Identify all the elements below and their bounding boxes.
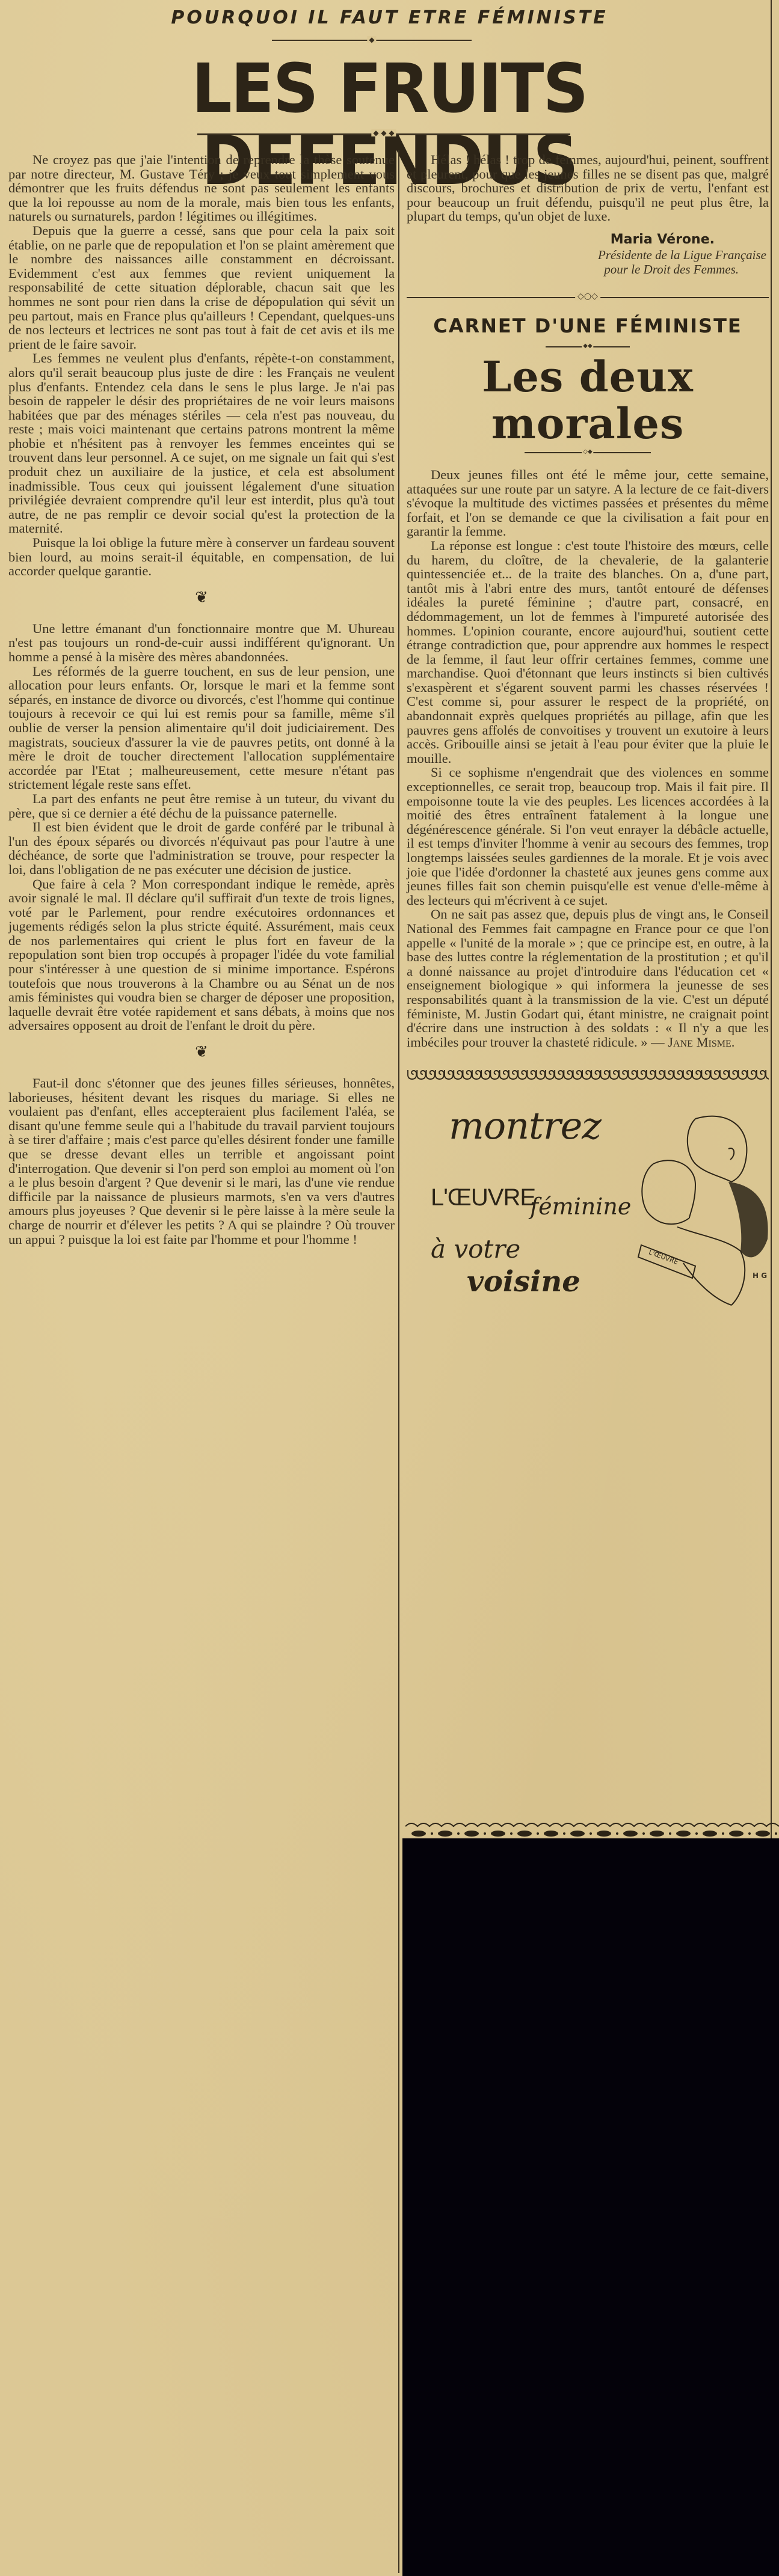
leaf-separator-icon: ❦: [8, 1039, 395, 1065]
column-divider: [398, 150, 399, 2573]
section-rule: ◇○◇: [407, 297, 769, 298]
ornament-icon: ◆ ◆ ◆: [371, 129, 396, 136]
paragraph: Les réformés de la guerre touchent, en s…: [8, 664, 395, 792]
paragraph: Puisque la loi oblige la future mère à c…: [8, 536, 395, 578]
paragraph: Depuis que la guerre a cessé, sans que p…: [8, 224, 395, 351]
signature-role: Présidente de la Ligue Française: [407, 248, 769, 262]
redacted-area: [402, 1838, 779, 2576]
paragraph: Si ce sophisme n'engendrait que des viol…: [407, 765, 769, 907]
title-rule: ◆ ◆ ◆: [197, 133, 570, 135]
paragraph: Hélas ! hélas ! trop de femmes, aujourd'…: [407, 153, 769, 224]
ornament-icon: ◇○◇: [575, 292, 600, 301]
lace-border: [405, 1819, 779, 1838]
signature-name: Maria Vérone.: [407, 232, 769, 248]
left-column: Ne croyez pas que j'aie l'intention de r…: [8, 153, 395, 1246]
ornament-icon: ◆◆: [582, 343, 593, 350]
ad-text: voisine: [467, 1275, 580, 1290]
kicker-rule: ◆: [272, 40, 472, 41]
paragraph: On ne sait pas assez que, depuis plus de…: [407, 907, 769, 1049]
right-column: Hélas ! hélas ! trop de femmes, aujourd'…: [407, 153, 769, 1311]
ad-text: montrez: [449, 1119, 601, 1133]
paragraph: Il est bien évident que le droit de gard…: [8, 820, 395, 877]
paragraph: La part des enfants ne peut être remise …: [8, 792, 395, 820]
signature-role: pour le Droit des Femmes.: [407, 262, 769, 277]
leaf-separator-icon: ❦: [8, 584, 395, 611]
right-border: [771, 0, 772, 1838]
artist-initials: H G: [753, 1269, 767, 1283]
ad-text: à votre: [431, 1242, 520, 1256]
paragraph: Que faire à cela ? Mon correspondant ind…: [8, 877, 395, 1033]
paragraph: Une lettre émanant d'un fonctionnaire mo…: [8, 622, 395, 664]
short-rule: ◆◆: [546, 346, 630, 347]
article-title: Les deux morales: [407, 353, 769, 447]
advertisement: montrez L'ŒUVRE féminine à votre voisine…: [407, 1083, 769, 1311]
ad-newspaper-label: L'ŒUVRE: [648, 1249, 680, 1267]
paragraph: Faut-il donc s'étonner que des jeunes fi…: [8, 1076, 395, 1246]
paragraph: Les femmes ne veulent plus d'enfants, ré…: [8, 351, 395, 536]
ornament-icon: ◆: [367, 36, 376, 43]
paragraph: La réponse est longue : c'est toute l'hi…: [407, 539, 769, 766]
short-rule: ◇◆: [525, 452, 651, 453]
paragraph: Ne croyez pas que j'aie l'intention de r…: [8, 153, 395, 224]
ad-brand: L'ŒUVRE: [431, 1191, 535, 1205]
chain-border: ᘎᘎᘎᘎᘎᘎᘎᘎᘎᘎᘎᘎᘎᘎᘎᘎᘎᘎᘎᘎᘎᘎᘎᘎᘎᘎᘎᘎᘎᘎᘎᘎᘎᘎᘎᘎᘎᘎᘎᘎ: [407, 1069, 769, 1083]
ornament-icon: ◇◆: [582, 448, 593, 456]
section-label: CARNET D'UNE FÉMINISTE: [407, 314, 769, 338]
newspaper-page: POURQUOI IL FAUT ETRE FÉMINISTE ◆ LES FR…: [0, 0, 779, 2576]
couple-reading-illustration: L'ŒUVRE: [605, 1107, 774, 1311]
paragraph: Deux jeunes filles ont été le même jour,…: [407, 468, 769, 539]
author-name: Jane Misme.: [668, 1035, 734, 1050]
kicker-heading: POURQUOI IL FAUT ETRE FÉMINISTE: [0, 7, 779, 28]
